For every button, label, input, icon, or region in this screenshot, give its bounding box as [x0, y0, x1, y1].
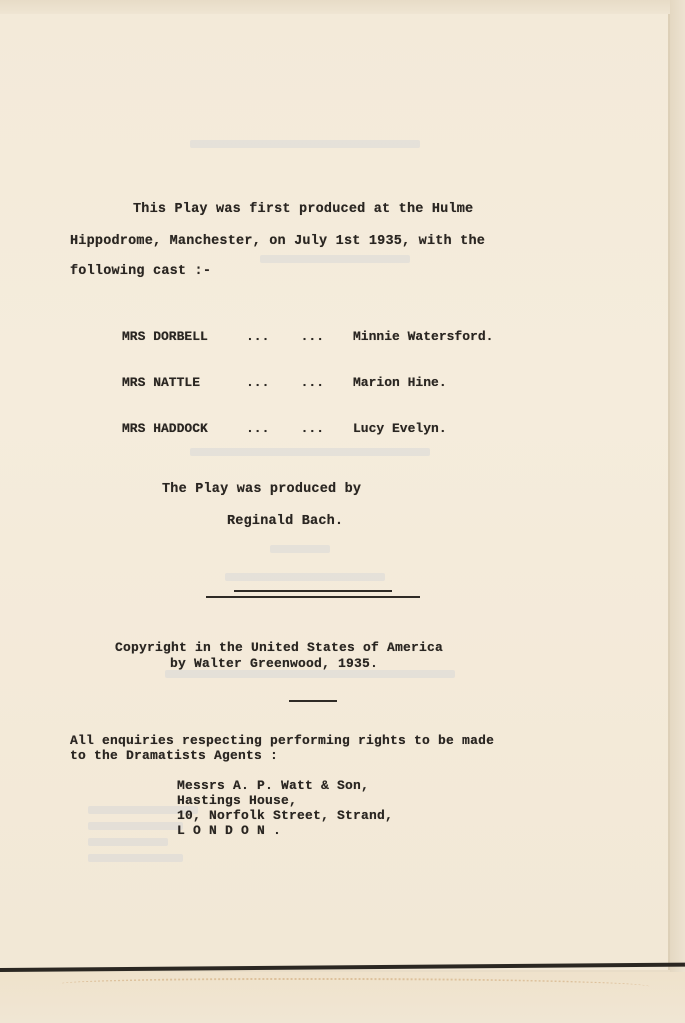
cast-leader-dots: ... ...	[246, 375, 324, 390]
intro-line-3: following cast :-	[70, 264, 211, 279]
show-through-text	[190, 448, 430, 456]
address-line: 10, Norfolk Street, Strand,	[177, 808, 393, 823]
show-through-text	[165, 670, 455, 678]
address-line: Hastings House,	[177, 793, 297, 808]
page-top-edge	[0, 0, 685, 14]
cast-actor: Marion Hine.	[353, 375, 447, 390]
cast-leader-dots: ... ...	[246, 329, 324, 344]
cast-actor: Lucy Evelyn.	[353, 421, 447, 436]
show-through-text	[225, 573, 385, 581]
divider-rule	[206, 596, 420, 598]
producer-name: Reginald Bach.	[227, 514, 343, 529]
copyright-line-2: by Walter Greenwood, 1935.	[170, 656, 378, 671]
water-stain	[60, 978, 650, 994]
show-through-text	[88, 854, 183, 862]
address-line: Messrs A. P. Watt & Son,	[177, 778, 369, 793]
show-through-text	[270, 545, 330, 553]
page-right-edge	[670, 0, 685, 1023]
cast-leader-dots: ... ...	[246, 421, 324, 436]
enquiries-line-2: to the Dramatists Agents :	[70, 748, 278, 763]
intro-line-1: This Play was first produced at the Hulm…	[133, 202, 473, 217]
show-through-text	[88, 822, 183, 830]
cast-role: MRS NATTLE	[122, 375, 200, 390]
divider-rule	[234, 590, 392, 592]
producer-line-1: The Play was produced by	[162, 482, 361, 497]
show-through-text	[260, 255, 410, 263]
show-through-text	[190, 140, 420, 148]
copyright-line-1: Copyright in the United States of Americ…	[115, 640, 443, 655]
cast-actor: Minnie Watersford.	[353, 329, 493, 344]
address-line: L O N D O N .	[177, 823, 281, 838]
intro-line-2: Hippodrome, Manchester, on July 1st 1935…	[70, 234, 485, 249]
enquiries-line-1: All enquiries respecting performing righ…	[70, 733, 494, 748]
cast-role: MRS DORBELL	[122, 329, 208, 344]
show-through-text	[88, 838, 168, 846]
short-divider-rule	[289, 700, 337, 702]
cast-role: MRS HADDOCK	[122, 421, 208, 436]
